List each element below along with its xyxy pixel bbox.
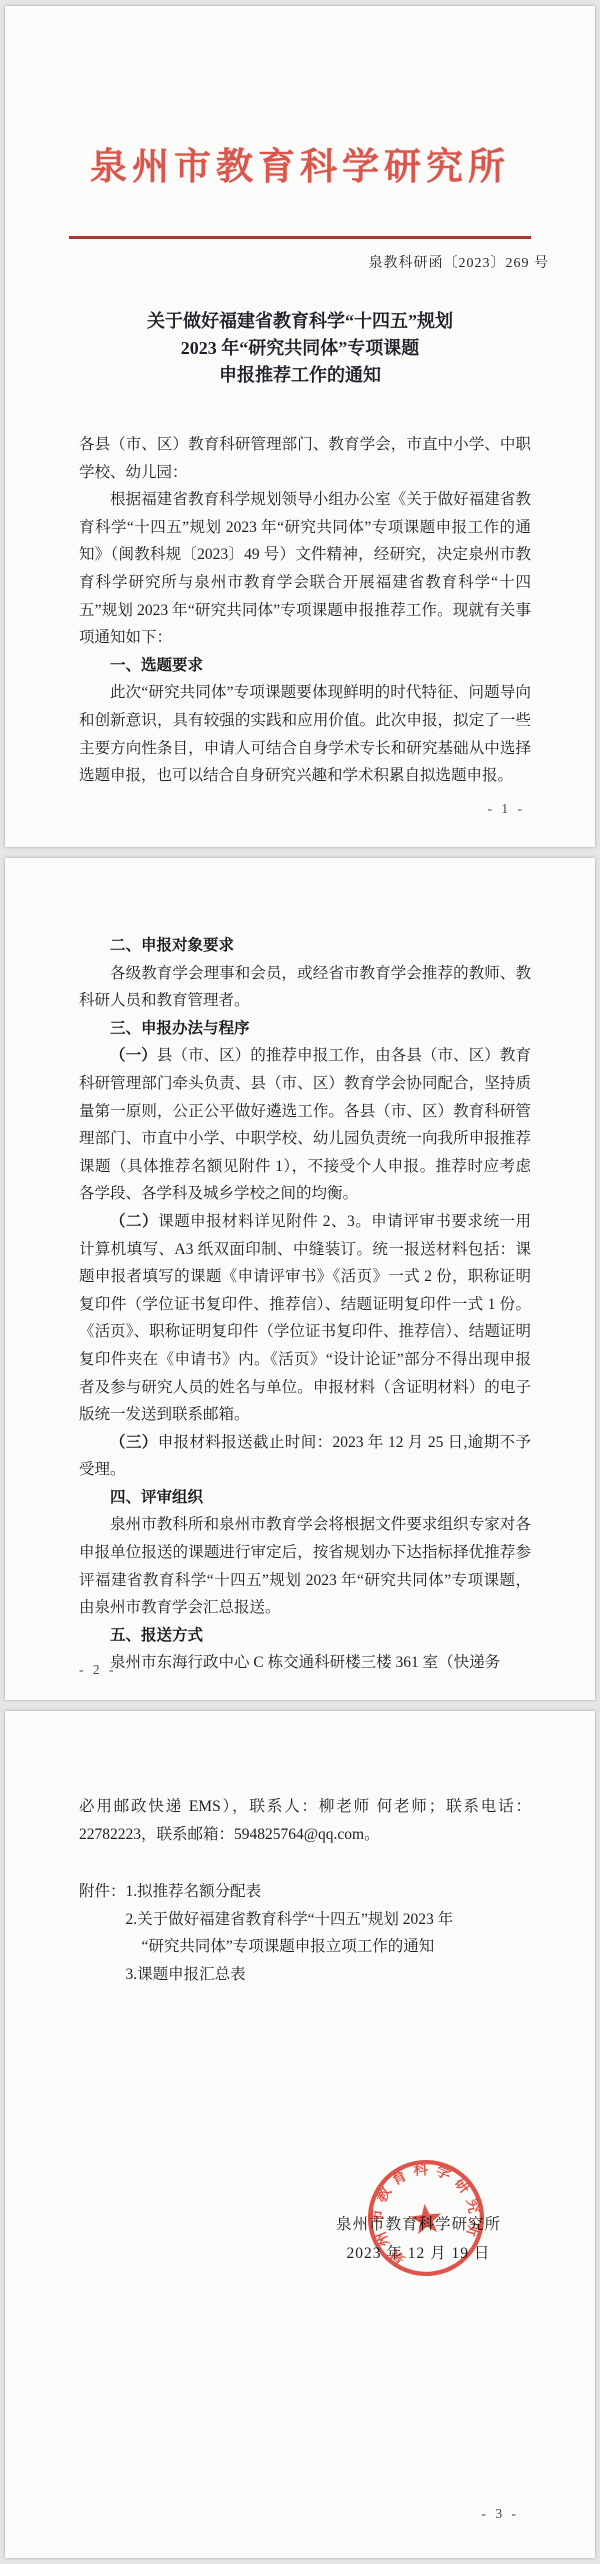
attachments-block: 附件： 1.拟推荐名额分配表 2.关于做好福建省教育科学“十四五”规划 2023… bbox=[79, 1878, 531, 1988]
section-5-paragraph: 泉州市东海行政中心 C 栋交通科研楼三楼 361 室（快递务 bbox=[79, 1649, 531, 1677]
attachment-2: 2.关于做好福建省教育科学“十四五”规划 2023 年 bbox=[126, 1906, 531, 1934]
page-number-3: - 3 - bbox=[482, 2506, 520, 2522]
page-3: 必用邮政快递 EMS），联系人：柳老师 何老师；联系电话：22782223，联系… bbox=[5, 1711, 595, 2558]
attachment-1: 1.拟推荐名额分配表 bbox=[126, 1878, 531, 1906]
page-1: 泉州市教育科学研究所 泉教科研函〔2023〕269 号 关于做好福建省教育科学“… bbox=[5, 6, 595, 847]
page-gap bbox=[0, 847, 600, 858]
section-1-paragraph: 此次“研究共同体”专项课题要体现鲜明的时代特征、问题导向和创新意识，具有较强的实… bbox=[79, 679, 531, 789]
section-5-continuation: 必用邮政快递 EMS），联系人：柳老师 何老师；联系电话：22782223，联系… bbox=[79, 1793, 531, 1848]
page-3-body: 必用邮政快递 EMS），联系人：柳老师 何老师；联系电话：22782223，联系… bbox=[5, 1711, 595, 1989]
scanned-document: 泉州市教育科学研究所 泉教科研函〔2023〕269 号 关于做好福建省教育科学“… bbox=[0, 0, 600, 2564]
section-3-item-1: （一）县（市、区）的推荐申报工作，由各县（市、区）教育科研管理部门牵头负责、县（… bbox=[79, 1042, 531, 1208]
attachment-2-continued: “研究共同体”专项课题申报立项工作的通知 bbox=[126, 1933, 531, 1961]
item-1-text: 县（市、区）的推荐申报工作，由各县（市、区）教育科研管理部门牵头负责、县（市、区… bbox=[79, 1047, 531, 1202]
page-number-2: - 2 - bbox=[79, 1662, 117, 1678]
attachment-3: 3.课题申报汇总表 bbox=[126, 1961, 531, 1989]
section-3-heading: 三、申报办法与程序 bbox=[79, 1015, 531, 1043]
intro-paragraph: 根据福建省教育科学规划领导小组办公室《关于做好福建省教育科学“十四五”规划 20… bbox=[79, 486, 531, 652]
doc-title-line-1: 关于做好福建省教育科学“十四五”规划 bbox=[5, 308, 595, 335]
section-3-item-2: （二）课题申报材料详见附件 2、3。申请评审书要求统一用计算机填写、A3 纸双面… bbox=[79, 1208, 531, 1429]
item-2-marker: （二） bbox=[110, 1213, 158, 1230]
doc-number: 泉教科研函〔2023〕269 号 bbox=[5, 252, 595, 272]
section-4-heading: 四、评审组织 bbox=[79, 1484, 531, 1512]
org-header-red-title: 泉州市教育科学研究所 bbox=[5, 136, 595, 190]
doc-title-line-3: 申报推荐工作的通知 bbox=[5, 362, 595, 389]
page-2-body: 二、申报对象要求 各级教育学会理事和会员，或经省市教育学会推荐的教师、教科研人员… bbox=[5, 858, 595, 1677]
official-red-seal: 泉州市教育科学研究所 bbox=[359, 2151, 493, 2285]
item-1-marker: （一） bbox=[110, 1047, 157, 1064]
page-2: 二、申报对象要求 各级教育学会理事和会员，或经省市教育学会推荐的教师、教科研人员… bbox=[5, 858, 595, 1700]
page-number-1: - 1 - bbox=[488, 801, 526, 817]
section-4-paragraph: 泉州市教科所和泉州市教育学会将根据文件要求组织专家对各申报单位报送的课题进行审定… bbox=[79, 1511, 531, 1621]
page-1-body: 各县（市、区）教育科研管理部门、教育学会，市直中小学、中职学校、幼儿园： 根据福… bbox=[5, 431, 595, 790]
salutation: 各县（市、区）教育科研管理部门、教育学会，市直中小学、中职学校、幼儿园： bbox=[79, 431, 531, 486]
item-2-text: 课题申报材料详见附件 2、3。申请评审书要求统一用计算机填写、A3 纸双面印制、… bbox=[79, 1213, 531, 1423]
page-gap bbox=[0, 1700, 600, 1711]
item-3-marker: （三） bbox=[110, 1434, 158, 1451]
doc-title-line-2: 2023 年“研究共同体”专项课题 bbox=[5, 335, 595, 362]
red-divider-line bbox=[69, 236, 531, 239]
doc-title: 关于做好福建省教育科学“十四五”规划 2023 年“研究共同体”专项课题 申报推… bbox=[5, 308, 595, 389]
section-3-item-3: （三）申报材料报送截止时间：2023 年 12 月 25 日,逾期不予受理。 bbox=[79, 1429, 531, 1484]
attachments-label: 附件： bbox=[79, 1878, 126, 1988]
section-2-heading: 二、申报对象要求 bbox=[79, 932, 531, 960]
section-5-heading: 五、报送方式 bbox=[79, 1622, 531, 1650]
section-1-heading: 一、选题要求 bbox=[79, 652, 531, 680]
attachments-list: 1.拟推荐名额分配表 2.关于做好福建省教育科学“十四五”规划 2023 年 “… bbox=[126, 1878, 531, 1988]
seal-star-icon bbox=[409, 2202, 443, 2234]
section-2-paragraph: 各级教育学会理事和会员，或经省市教育学会推荐的教师、教科研人员和教育管理者。 bbox=[79, 960, 531, 1015]
